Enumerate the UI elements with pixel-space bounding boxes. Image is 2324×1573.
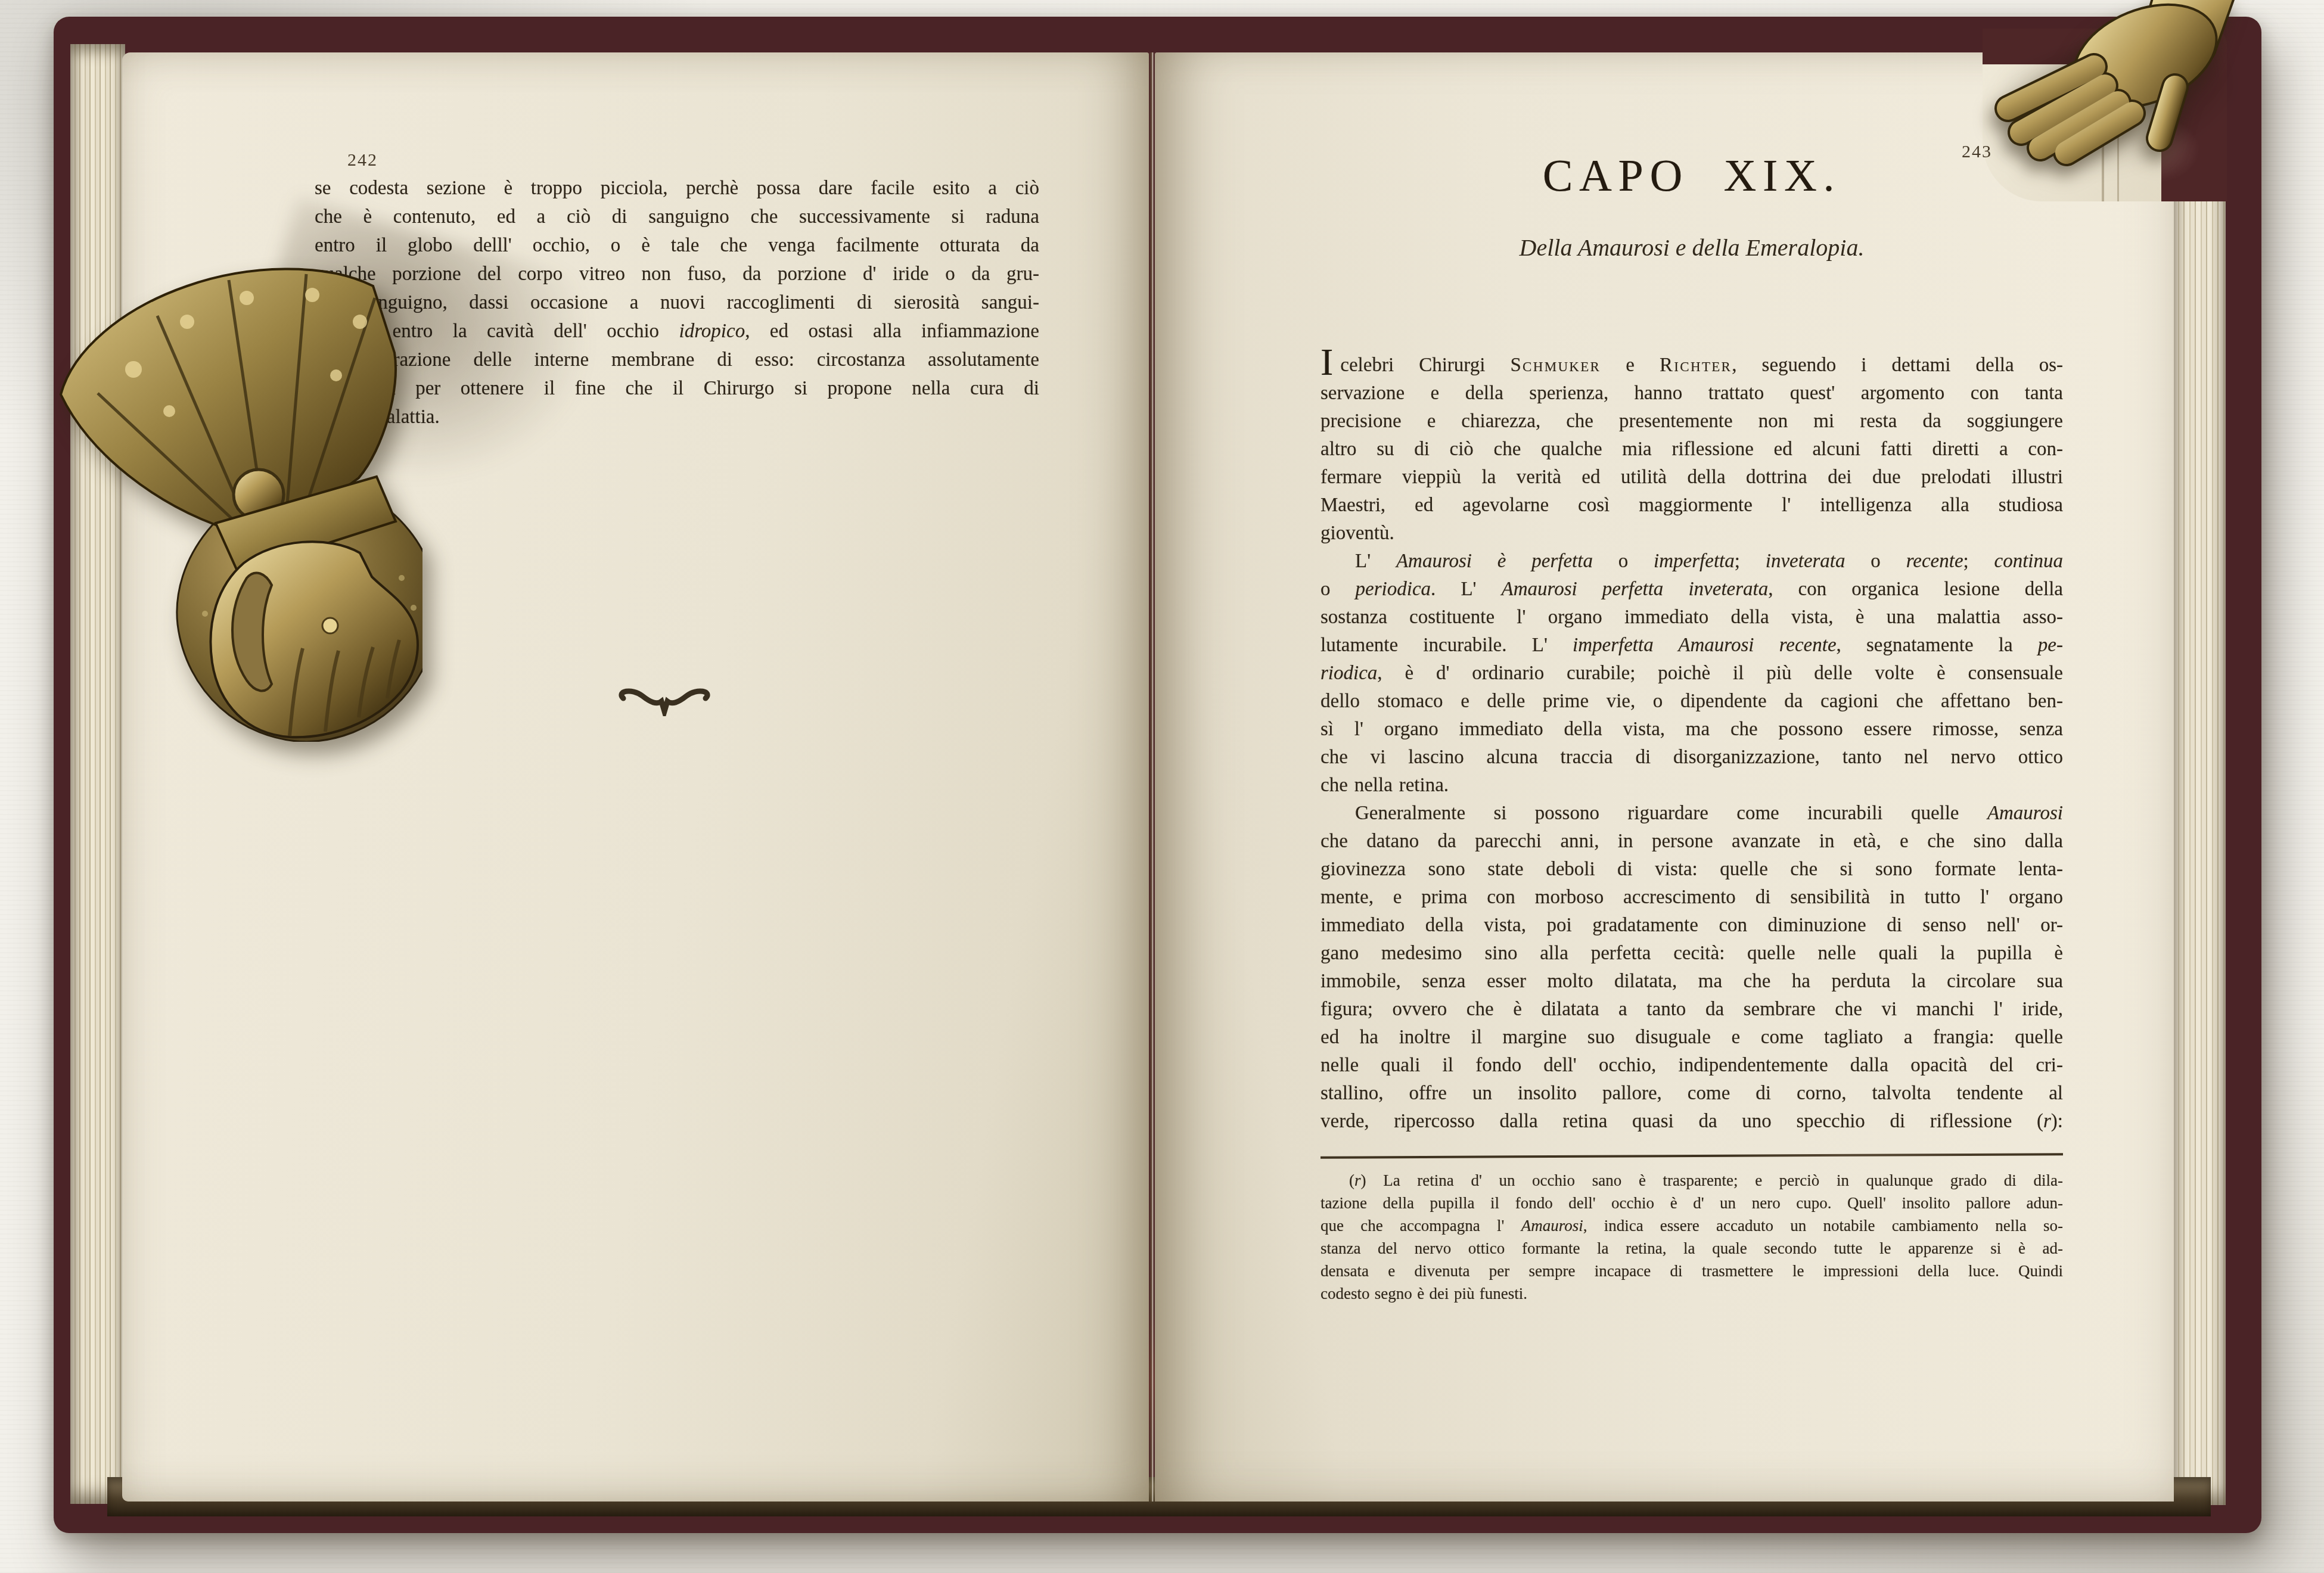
- text-line: che è contenuto, ed a ciò di sanguigno c…: [315, 203, 1039, 231]
- text-line: (r) La retina d' un occhio sano è traspa…: [1321, 1169, 2063, 1192]
- right-page-text: Icelebri Chirurgi Schmuker e Richter, se…: [1321, 352, 2063, 1136]
- text-line: que che accompagna l' Amaurosi, indica e…: [1321, 1214, 2063, 1237]
- text-line: stallino, offre un insolito pallore, com…: [1321, 1080, 2063, 1108]
- text-line: altro su di ciò che qualche mia riflessi…: [1321, 436, 2063, 464]
- book-gutter: [1149, 52, 1155, 1501]
- book-photograph: 242 se codesta sezione è troppo picciola…: [0, 0, 2324, 1573]
- text-line: Maestri, ed agevolarne così maggiormente…: [1321, 492, 2063, 520]
- text-line: se codesta sezione è troppo picciola, pe…: [315, 174, 1039, 203]
- text-line: stanza del nervo ottico formante la reti…: [1321, 1237, 2063, 1260]
- text-line: tazione della pupilla il fondo dell' occ…: [1321, 1192, 2063, 1214]
- text-line: che vi lascino alcuna traccia di disorga…: [1321, 744, 2063, 772]
- section-break-ornament-icon: [617, 685, 712, 716]
- text-line: giovinezza sono state deboli di vista: q…: [1321, 856, 2063, 884]
- text-line: nolente entro la cavità dell' occhio idr…: [315, 317, 1039, 346]
- left-page-text: se codesta sezione è troppo picciola, pe…: [315, 174, 1039, 431]
- chapter-title: CAPO XIX.: [1321, 150, 2063, 202]
- text-line: Generalmente si possono riguardare come …: [1321, 800, 2063, 828]
- text-line: servazione e della sperienza, hanno trat…: [1321, 380, 2063, 408]
- drop-cap-initial: I: [1321, 356, 1333, 368]
- text-line: immobile, senza esser molto dilatata, ma…: [1321, 968, 2063, 996]
- text-line: codesto segno è dei più funesti.: [1321, 1282, 2063, 1305]
- text-line: entro il globo delll' occhio, o è tale c…: [315, 231, 1039, 260]
- text-line: fermare vieppiù la verità ed utilità del…: [1321, 464, 2063, 492]
- page-edges-right: [2173, 51, 2226, 1505]
- text-line: sostanza costituente l' organo immediato…: [1321, 604, 2063, 632]
- paragraph: L' Amaurosi è perfetta o imperfetta; inv…: [1321, 548, 2063, 800]
- text-line: gioventù.: [1321, 520, 2063, 548]
- brass-hand-page-clip: [50, 197, 422, 742]
- text-line: che nella retina.: [1321, 772, 2063, 800]
- text-line: lutamente incurabile. L' imperfetta Amau…: [1321, 632, 2063, 660]
- text-line: nelle quali il fondo dell' occhio, indip…: [1321, 1052, 2063, 1080]
- text-line: sì l' organo immediato della vista, ma c…: [1321, 716, 2063, 744]
- text-line: immediato della vista, poi gradatamente …: [1321, 912, 2063, 940]
- paragraph: Icelebri Chirurgi Schmuker e Richter, se…: [1321, 352, 2063, 548]
- paragraph: Generalmente si possono riguardare come …: [1321, 800, 2063, 1136]
- text-line: e suppurazione delle interne membrane di…: [315, 346, 1039, 374]
- footnote-text: (r) La retina d' un occhio sano è traspa…: [1321, 1169, 2063, 1305]
- text-line: densata e divenuta per sempre incapace d…: [1321, 1260, 2063, 1282]
- text-line: mente, e prima con morboso accrescimento…: [1321, 884, 2063, 912]
- text-line: Icelebri Chirurgi Schmuker e Richter, se…: [1321, 352, 2063, 380]
- text-line: L' Amaurosi è perfetta o imperfetta; inv…: [1321, 548, 2063, 576]
- text-line: mo sanguigno, dassi occasione a nuovi ra…: [315, 288, 1039, 317]
- text-line: gano medesimo sino alla perfetta cecità:…: [1321, 940, 2063, 968]
- text-line: precisione e chiarezza, che presentement…: [1321, 408, 2063, 436]
- left-page-number: 242: [347, 150, 378, 170]
- text-line: figura; ovvero che è dilatata a tanto da…: [1321, 996, 2063, 1024]
- text-line: necessaria per ottenere il fine che il C…: [315, 374, 1039, 403]
- chapter-subtitle: Della Amaurosi e della Emeralopia.: [1321, 234, 2063, 262]
- brass-hand-figurine: [1977, 0, 2278, 166]
- text-line: verde, ripercosso dalla retina quasi da …: [1321, 1108, 2063, 1136]
- text-line: dello stomaco e delle prime vie, o dipen…: [1321, 688, 2063, 716]
- text-line: questa malattia.: [315, 403, 1039, 431]
- text-line: ed ha inoltre il margine suo disuguale e…: [1321, 1024, 2063, 1052]
- text-line: che datano da parecchi anni, in persone …: [1321, 828, 2063, 856]
- text-line: riodica, è d' ordinario curabile; poichè…: [1321, 660, 2063, 688]
- text-line: qualche porzione del corpo vitreo non fu…: [315, 260, 1039, 288]
- text-line: o periodica. L' Amaurosi perfetta invete…: [1321, 576, 2063, 604]
